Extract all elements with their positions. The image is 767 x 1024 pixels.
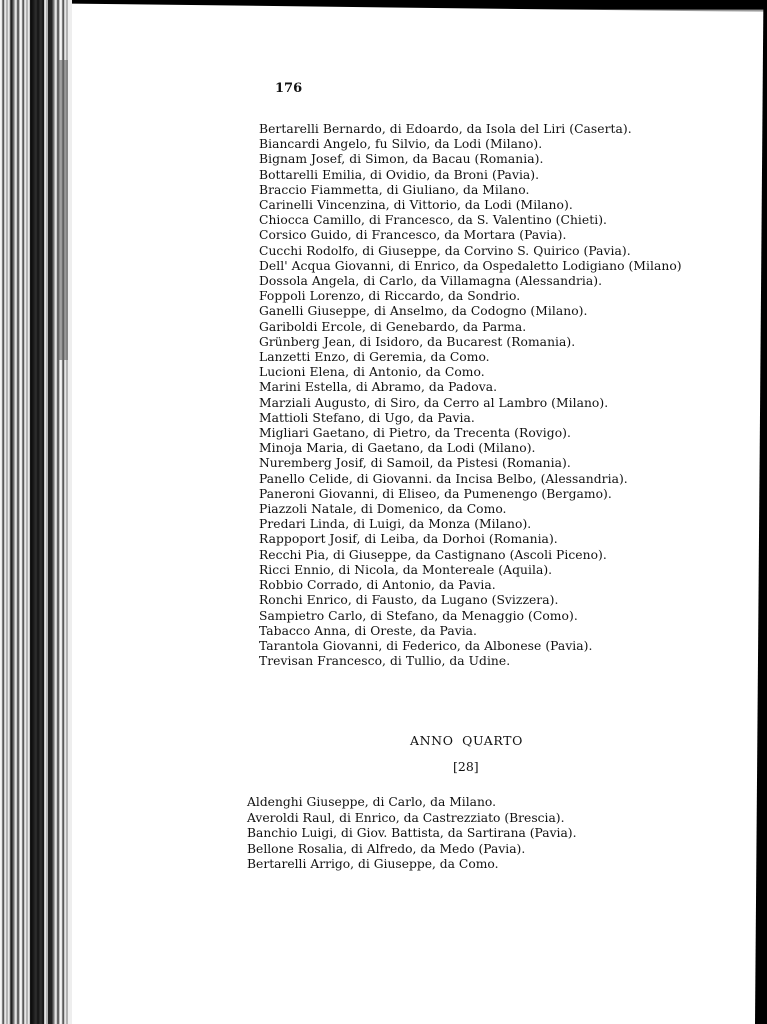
list-item: Lanzetti Enzo, di Geremia, da Como. bbox=[259, 350, 699, 365]
list-item: Migliari Gaetano, di Pietro, da Trecenta… bbox=[259, 426, 699, 441]
section-student-list: Aldenghi Giuseppe, di Carlo, da Milano. … bbox=[247, 795, 687, 873]
list-item: Cucchi Rodolfo, di Giuseppe, da Corvino … bbox=[259, 244, 699, 259]
list-item: Piazzoli Natale, di Domenico, da Como. bbox=[259, 502, 699, 517]
list-item: Foppoli Lorenzo, di Riccardo, da Sondrio… bbox=[259, 289, 699, 304]
list-item: Lucioni Elena, di Antonio, da Como. bbox=[259, 365, 699, 380]
list-item: Ricci Ennio, di Nicola, da Montereale (A… bbox=[259, 563, 699, 578]
list-item: Gariboldi Ercole, di Genebardo, da Parma… bbox=[259, 320, 699, 335]
list-item: Tabacco Anna, di Oreste, da Pavia. bbox=[259, 624, 699, 639]
gutter-shadow bbox=[48, 0, 52, 1024]
list-item: Panello Celide, di Giovanni. da Incisa B… bbox=[259, 472, 699, 487]
list-item: Ganelli Giuseppe, di Anselmo, da Codogno… bbox=[259, 304, 699, 319]
list-item: Rappoport Josif, di Leiba, da Dorhoi (Ro… bbox=[259, 532, 699, 547]
book-binding-gutter bbox=[0, 0, 72, 1024]
list-item: Braccio Fiammetta, di Giuliano, da Milan… bbox=[259, 183, 699, 198]
list-item: Dossola Angela, di Carlo, da Villamagna … bbox=[259, 274, 699, 289]
gutter-shadow bbox=[30, 0, 44, 1024]
list-item: Bertarelli Arrigo, di Giuseppe, da Como. bbox=[247, 857, 687, 873]
list-item: Mattioli Stefano, di Ugo, da Pavia. bbox=[259, 411, 699, 426]
student-list: Bertarelli Bernardo, di Edoardo, da Isol… bbox=[259, 122, 699, 669]
list-item: Minoja Maria, di Gaetano, da Lodi (Milan… bbox=[259, 441, 699, 456]
list-item: Paneroni Giovanni, di Eliseo, da Pumenen… bbox=[259, 487, 699, 502]
list-item: Nuremberg Josif, di Samoil, da Pistesi (… bbox=[259, 456, 699, 471]
list-item: Biancardi Angelo, fu Silvio, da Lodi (Mi… bbox=[259, 137, 699, 152]
list-item: Chiocca Camillo, di Francesco, da S. Val… bbox=[259, 213, 699, 228]
list-item: Bignam Josef, di Simon, da Bacau (Romani… bbox=[259, 152, 699, 167]
scan-right-edge bbox=[755, 0, 767, 1024]
list-item: Sampietro Carlo, di Stefano, da Menaggio… bbox=[259, 609, 699, 624]
list-item: Marini Estella, di Abramo, da Padova. bbox=[259, 380, 699, 395]
section-heading: ANNO QUARTO bbox=[410, 733, 523, 748]
list-item: Robbio Corrado, di Antonio, da Pavia. bbox=[259, 578, 699, 593]
list-item: Trevisan Francesco, di Tullio, da Udine. bbox=[259, 654, 699, 669]
list-item: Corsico Guido, di Francesco, da Mortara … bbox=[259, 228, 699, 243]
scan-top-edge bbox=[72, 0, 767, 12]
gutter-shadow bbox=[58, 60, 68, 360]
gutter-edge bbox=[68, 0, 72, 1024]
list-item: Aldenghi Giuseppe, di Carlo, da Milano. bbox=[247, 795, 687, 811]
list-item: Bellone Rosalia, di Alfredo, da Medo (Pa… bbox=[247, 842, 687, 858]
list-item: Carinelli Vincenzina, di Vittorio, da Lo… bbox=[259, 198, 699, 213]
section-count: [28] bbox=[453, 759, 479, 774]
list-item: Dell' Acqua Giovanni, di Enrico, da Ospe… bbox=[259, 259, 699, 274]
list-item: Banchio Luigi, di Giov. Battista, da Sar… bbox=[247, 826, 687, 842]
list-item: Grünberg Jean, di Isidoro, da Bucarest (… bbox=[259, 335, 699, 350]
list-item: Bertarelli Bernardo, di Edoardo, da Isol… bbox=[259, 122, 699, 137]
list-item: Predari Linda, di Luigi, da Monza (Milan… bbox=[259, 517, 699, 532]
list-item: Ronchi Enrico, di Fausto, da Lugano (Svi… bbox=[259, 593, 699, 608]
list-item: Recchi Pia, di Giuseppe, da Castignano (… bbox=[259, 548, 699, 563]
list-item: Averoldi Raul, di Enrico, da Castrezziat… bbox=[247, 811, 687, 827]
page-number: 176 bbox=[275, 81, 302, 96]
list-item: Bottarelli Emilia, di Ovidio, da Broni (… bbox=[259, 168, 699, 183]
list-item: Tarantola Giovanni, di Federico, da Albo… bbox=[259, 639, 699, 654]
list-item: Marziali Augusto, di Siro, da Cerro al L… bbox=[259, 396, 699, 411]
